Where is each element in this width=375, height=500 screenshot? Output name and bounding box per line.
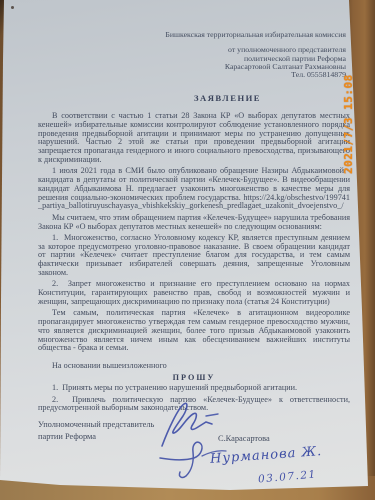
document: Бишкекская территориальная избирательная…	[0, 0, 375, 500]
paper-sheet: Бишкекская территориальная избирательная…	[0, 0, 375, 500]
handwritten-date: 03.07.21	[258, 468, 318, 485]
signature-area: Уполномоченный представитель партии Рефо…	[0, 0, 375, 500]
signer-role: Уполномоченный представитель партии Рефо…	[38, 419, 154, 443]
signer-role-line-1: Уполномоченный представитель	[38, 419, 154, 431]
photo-background: Бишкекская территориальная избирательная…	[0, 0, 375, 500]
camera-timestamp: 2021/7/3 15:08	[342, 32, 358, 174]
signer-role-line-2: партии Реформа	[38, 431, 154, 443]
